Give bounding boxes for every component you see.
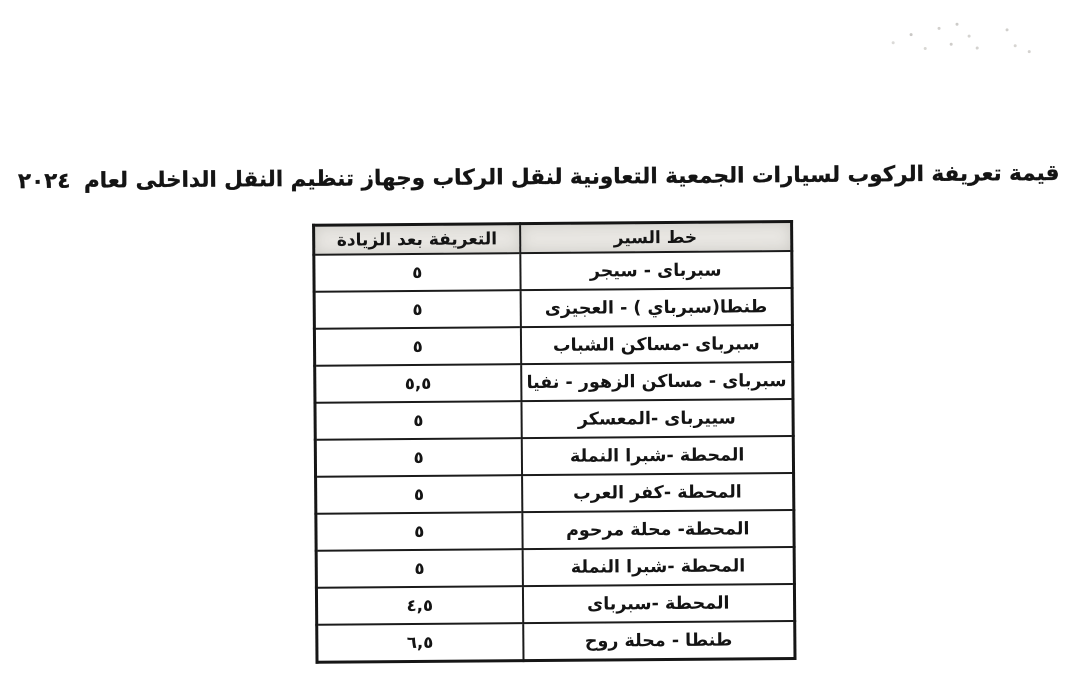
fare-cell: ٦,٥ xyxy=(317,623,523,662)
table-row: المحطة -سبرباى ٤,٥ xyxy=(316,584,794,625)
route-cell: المحطة -سبرباى xyxy=(522,584,794,623)
document-title-text: قيمة تعريفة الركوب لسيارات الجمعية التعا… xyxy=(84,161,1060,194)
fare-cell: ٥ xyxy=(314,327,520,366)
route-cell: طنطا(سبرباي ) - العجيزى xyxy=(520,288,792,327)
fare-table: خط السير التعريفة بعد الزيادة سبرباى - س… xyxy=(312,220,796,664)
table-row: المحطة- محلة مرحوم ٥ xyxy=(316,510,794,551)
route-cell: المحطة -كفر العرب xyxy=(522,473,794,512)
fare-cell: ٥ xyxy=(315,401,521,440)
table-header-row: خط السير التعريفة بعد الزيادة xyxy=(314,222,792,255)
route-cell: سبرباى - مساكن الزهور - نفيا xyxy=(521,362,793,401)
fare-cell: ٥ xyxy=(316,475,522,514)
table-row: المحطة -شبرا النملة ٥ xyxy=(315,436,793,477)
document-title: قيمة تعريفة الركوب لسيارات الجمعية التعا… xyxy=(0,161,1079,194)
table-row: سييرباى -المعسكر ٥ xyxy=(315,399,793,440)
table-row: سبرباى -مساكن الشباب ٥ xyxy=(314,325,792,366)
route-cell: المحطة -شبرا النملة xyxy=(521,436,793,475)
table-row: المحطة -شبرا النملة ٥ xyxy=(316,547,794,588)
fare-cell: ٥ xyxy=(314,253,520,292)
fare-cell: ٥ xyxy=(314,290,520,329)
fare-cell: ٥,٥ xyxy=(315,364,521,403)
route-column-header: خط السير xyxy=(520,222,792,254)
route-cell: المحطة- محلة مرحوم xyxy=(522,510,794,549)
scan-noise-specks xyxy=(910,33,913,36)
route-cell: المحطة -شبرا النملة xyxy=(522,547,794,586)
document-title-year: ٢٠٢٤ xyxy=(18,169,71,194)
table-row: سبرباى - سيجر ٥ xyxy=(314,251,792,292)
scanned-page: قيمة تعريفة الركوب لسيارات الجمعية التعا… xyxy=(0,0,1080,683)
route-cell: سبرباى -مساكن الشباب xyxy=(520,325,792,364)
route-cell: سبرباى - سيجر xyxy=(520,251,792,290)
table-row: طنطا - محلة روح ٦,٥ xyxy=(317,621,795,662)
route-cell: سييرباى -المعسكر xyxy=(521,399,793,438)
fare-cell: ٥ xyxy=(315,438,521,477)
table-row: المحطة -كفر العرب ٥ xyxy=(316,473,794,514)
fare-cell: ٥ xyxy=(316,512,522,551)
table-row: سبرباى - مساكن الزهور - نفيا ٥,٥ xyxy=(315,362,793,403)
route-cell: طنطا - محلة روح xyxy=(523,621,795,661)
fare-column-header: التعريفة بعد الزيادة xyxy=(314,224,520,255)
table-row: طنطا(سبرباي ) - العجيزى ٥ xyxy=(314,288,792,329)
fare-cell: ٤,٥ xyxy=(316,586,522,625)
fare-cell: ٥ xyxy=(316,549,522,588)
